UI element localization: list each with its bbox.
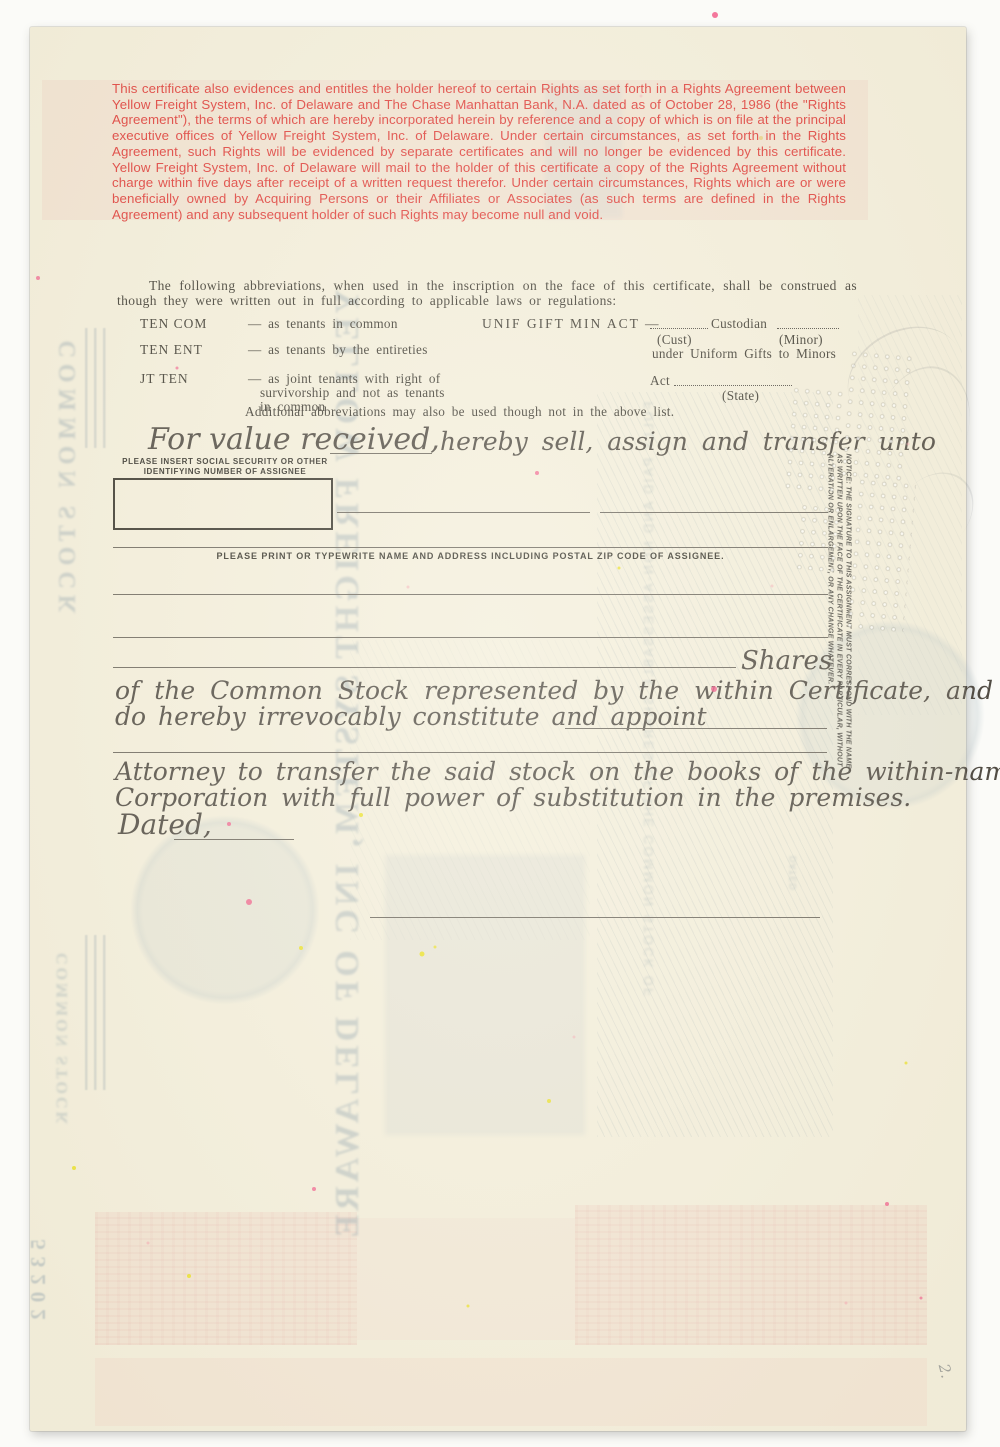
attorney-clause: Attorney to transfer the said stock on t… [115,757,1000,786]
confetti-flecks [0,0,6,6]
attorney-name-line [565,728,827,729]
unif-cust-dotted-line [650,317,708,329]
unif-act: Act [650,373,670,389]
date-line [174,839,294,840]
address-line-1 [113,594,828,595]
print-typewrite-label: PLEASE PRINT OR TYPEWRITE NAME AND ADDRE… [113,551,828,561]
shares-count-line [113,667,736,668]
common-stock-clause: of the Common Stock represented by the w… [115,676,993,705]
abbr-ten-com: TEN COM [140,316,207,332]
ghost-bottom-border-left [95,1212,357,1345]
abbr-ten-com-meaning: — as tenants in common [248,316,398,332]
ghost-small-text-top-left [85,328,111,448]
seller-name-line [330,453,432,454]
unif-gift-label: UNIF GIFT MIN ACT — [482,316,661,332]
ssn-label-line2: IDENTIFYING NUMBER OF ASSIGNEE [114,467,336,477]
abbreviations-intro: The following abbreviations, when used i… [117,279,857,309]
appoint-clause: do hereby irrevocably constitute and app… [115,702,707,731]
rights-agreement-notice: This certificate also evidences and enti… [112,81,846,222]
ssn-entry-box [113,478,333,530]
abbr-ten-ent: TEN ENT [140,342,203,358]
abbreviations-additional: Additional abbreviations may also be use… [245,404,674,420]
ghost-serial-number: 53202 [26,1208,50,1358]
unif-under-gifts: under Uniform Gifts to Minors [652,346,836,362]
name-address-line [113,547,828,548]
abbr-jt-ten: JT TEN [140,371,189,387]
ssn-label-line1: PLEASE INSERT SOCIAL SECURITY OR OTHER [114,457,336,467]
ghost-common-stock-top: COMMON STOCK [55,305,83,655]
address-line-2 [113,637,828,638]
abbr-ten-ent-meaning: — as tenants by the entireties [248,342,428,358]
attorney-name-line-2 [113,752,827,753]
perforation-cluster-3 [784,386,845,495]
ghost-small-text-bottom-left [85,935,111,1090]
unif-minor-dotted-line [777,317,839,329]
ghost-bottom-border-right [575,1205,927,1345]
unif-state-caption: (State) [722,388,759,404]
perforation-cluster-4 [795,503,847,573]
unif-act-dotted-line [674,374,792,386]
shares-label: Shares [741,646,832,676]
scanned-stock-certificate-back: YELLOW FREIGHT SYSTEM, INC OF DELAWARE C… [0,0,1000,1447]
assignee-line-segment-1 [337,512,590,513]
ghost-bottom-edge-band [95,1358,927,1426]
signature-line [370,917,820,918]
assignee-line-segment-2 [600,512,828,513]
ghost-vignette-block [385,855,585,1135]
corporation-clause: Corporation with full power of substitut… [115,783,911,812]
ghost-common-stock-bottom: COMMON STOCK [54,950,74,1130]
ghost-bottom-border-middle [357,1218,575,1340]
for-value-received-text: For value received, [148,422,440,457]
unif-custodian: Custodian [711,316,767,332]
dated-label: Dated, [118,808,212,841]
